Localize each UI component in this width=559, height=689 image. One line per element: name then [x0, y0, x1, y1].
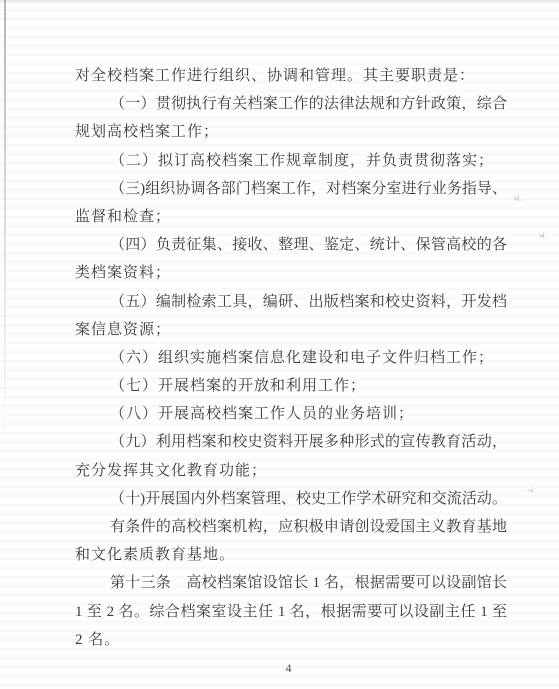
text-line: 充分发挥其文化教育功能；: [75, 457, 507, 485]
text-line: 有条件的高校档案机构，应积极申请创设爱国主义教育基地: [75, 513, 507, 541]
scan-artifact: [527, 487, 537, 496]
text-line: （六）组织实施档案信息化建设和电子文件归档工作；: [75, 344, 507, 372]
text-line: （八）开展高校档案工作人员的业务培训；: [75, 400, 507, 428]
text-line: （一）贯彻执行有关档案工作的法律法规和方针政策，综合: [75, 90, 507, 118]
text-line: 和文化素质教育基地。: [75, 541, 507, 569]
text-line: （九）利用档案和校史资料开展多种形式的宣传教育活动，: [75, 428, 507, 456]
text-line: 规划高校档案工作；: [75, 118, 507, 146]
text-line: （四）负责征集、接收、整理、鉴定、统计、保管高校的各: [75, 231, 507, 259]
text-line: （五）编制检索工具，编研、出版档案和校史资料，开发档: [75, 288, 507, 316]
text-line: 类档案资料；: [75, 259, 507, 287]
text-line: （三)组织协调各部门档案工作，对档案分室进行业务指导、: [75, 175, 507, 203]
scan-artifact: [538, 232, 548, 241]
page-number: 4: [0, 661, 559, 675]
text-line: 案信息资源；: [75, 316, 507, 344]
text-line: 1 至 2 名。综合档案室设主任 1 名，根据需要可以设副主任 1 至: [75, 598, 507, 626]
text-line: 2 名。: [75, 626, 507, 654]
scan-edge-shadow: [4, 0, 6, 435]
scanned-document-page: 对全校档案工作进行组织、协调和管理。其主要职责是：（一）贯彻执行有关档案工作的法…: [0, 0, 559, 689]
text-line: 对全校档案工作进行组织、协调和管理。其主要职责是：: [75, 62, 507, 90]
text-line: 第十三条 高校档案馆设馆长 1 名，根据需要可以设副馆长: [75, 569, 507, 597]
text-line: 监督和检查；: [75, 203, 507, 231]
text-line: （二）拟订高校档案工作规章制度，并负责贯彻落实；: [75, 147, 507, 175]
scan-artifact: [513, 195, 523, 204]
document-body: 对全校档案工作进行组织、协调和管理。其主要职责是：（一）贯彻执行有关档案工作的法…: [75, 62, 507, 654]
text-line: （十)开展国内外档案管理、校史工作学术研究和交流活动。: [75, 485, 507, 513]
text-line: （七）开展档案的开放和利用工作；: [75, 372, 507, 400]
scan-top-shadow: [0, 0, 559, 4]
